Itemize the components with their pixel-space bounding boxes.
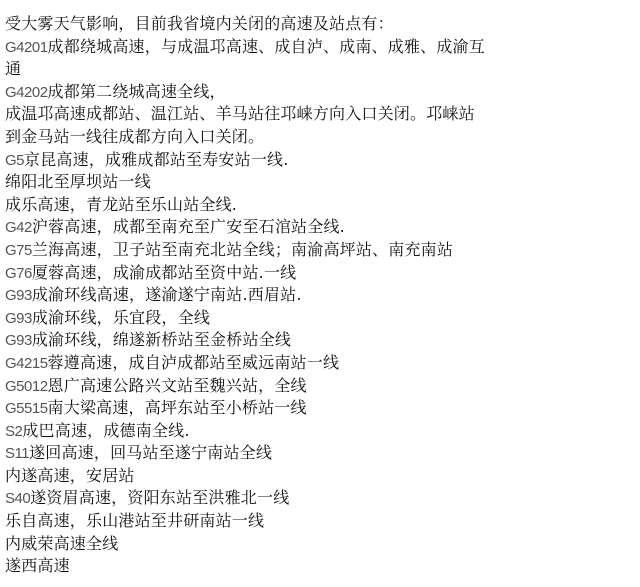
road-code: G4202 (5, 84, 48, 101)
notice-line: G4201成都绕城高速，与成温邛高速、成自泸、成南、成雅、成渝互 (5, 36, 485, 59)
notice-line: S11遂回高速，回马站至遂宁南站全线 (5, 442, 485, 465)
notice-line: G93成渝环线高速，遂渝遂宁南站.西眉站. (5, 284, 485, 307)
notice-line: 内威荣高速全线 (5, 533, 485, 556)
notice-line: G93成渝环线，乐宜段，全线 (5, 307, 485, 330)
line-text: 蓉遵高速，成自泸成都站至威远南站一线 (48, 353, 340, 372)
line-text: 内遂高速，安居站 (5, 466, 135, 485)
notice-line: 受大雾天气影响，目前我省境内关闭的高速及站点有： (5, 13, 485, 36)
line-text: 成温邛高速成都站、温江站、羊马站往邛崃方向入口关闭。邛崃站 (5, 104, 475, 123)
notice-line: 绵阳北至厚坝站一线 (5, 171, 485, 194)
line-text: 内威荣高速全线 (5, 534, 118, 553)
notice-line: 遂西高速 (5, 555, 485, 578)
notice-line: 通 (5, 58, 485, 81)
line-text: 成渝环线，绵遂新桥站至金桥站全线 (32, 330, 291, 349)
closure-notice: 受大雾天气影响，目前我省境内关闭的高速及站点有： G4201成都绕城高速，与成温… (5, 13, 485, 578)
notice-line: G42沪蓉高速，成都至南充至广安至石涫站全线. (5, 216, 485, 239)
notice-line: 成乐高速，青龙站至乐山站全线. (5, 194, 485, 217)
line-text: 成巴高速，成德南全线. (22, 421, 189, 440)
road-code: G5515 (5, 400, 48, 417)
notice-line: G4215蓉遵高速，成自泸成都站至威远南站一线 (5, 352, 485, 375)
line-text: 沪蓉高速，成都至南充至广安至石涫站全线. (32, 217, 345, 236)
line-text: 绵阳北至厚坝站一线 (5, 172, 151, 191)
road-code: S2 (5, 423, 22, 440)
road-code: G4215 (5, 355, 48, 372)
line-text: 成渝环线高速，遂渝遂宁南站.西眉站. (32, 285, 302, 304)
notice-line: G93成渝环线，绵遂新桥站至金桥站全线 (5, 329, 485, 352)
line-text: 兰海高速，卫子站至南充北站全线；南渝高坪站、南充南站 (32, 240, 453, 259)
notice-line: G5515南大梁高速，高坪东站至小桥站一线 (5, 397, 485, 420)
road-code: G4201 (5, 39, 48, 56)
line-text: 成乐高速，青龙站至乐山站全线. (5, 195, 237, 214)
line-text: 通 (5, 59, 21, 78)
line-text: 南大梁高速，高坪东站至小桥站一线 (48, 398, 307, 417)
notice-line: G4202成都第二绕城高速全线， (5, 81, 485, 104)
road-code: G75 (5, 242, 32, 259)
notice-line: 内遂高速，安居站 (5, 465, 485, 488)
road-code: G93 (5, 310, 32, 327)
line-text: 乐自高速，乐山港站至井研南站一线 (5, 511, 264, 530)
line-text: 成渝环线，乐宜段，全线 (32, 308, 210, 327)
notice-line: G5京昆高速，成雅成都站至寿安站一线. (5, 149, 485, 172)
notice-line: G76厦蓉高速，成渝成都站至资中站.一线 (5, 262, 485, 285)
line-text: 成都第二绕城高速全线， (48, 82, 226, 101)
road-code: G76 (5, 265, 32, 282)
road-code: G93 (5, 332, 32, 349)
line-text: 成都绕城高速，与成温邛高速、成自泸、成南、成雅、成渝互 (48, 37, 485, 56)
road-code: G5 (5, 152, 24, 169)
notice-line: S40遂资眉高速，资阳东站至洪雅北一线 (5, 487, 485, 510)
notice-line: 乐自高速，乐山港站至井研南站一线 (5, 510, 485, 533)
notice-line: 到金马站一线往成都方向入口关闭。 (5, 126, 485, 149)
line-text: 厦蓉高速，成渝成都站至资中站.一线 (32, 263, 297, 282)
road-code: G5012 (5, 378, 48, 395)
road-code: S40 (5, 490, 30, 507)
road-code: G93 (5, 287, 32, 304)
road-code: S11 (5, 445, 29, 462)
line-text: 受大雾天气影响，目前我省境内关闭的高速及站点有： (5, 14, 394, 33)
notice-line: 成温邛高速成都站、温江站、羊马站往邛崃方向入口关闭。邛崃站 (5, 103, 485, 126)
line-text: 到金马站一线往成都方向入口关闭。 (5, 127, 264, 146)
line-text: 遂回高速，回马站至遂宁南站全线 (29, 443, 272, 462)
line-text: 恩广高速公路兴文站至魏兴站，全线 (48, 376, 307, 395)
line-text: 京昆高速，成雅成都站至寿安站一线. (24, 150, 289, 169)
line-text: 遂西高速 (5, 556, 70, 575)
road-code: G42 (5, 219, 32, 236)
line-text: 遂资眉高速，资阳东站至洪雅北一线 (30, 488, 289, 507)
notice-line: G5012恩广高速公路兴文站至魏兴站，全线 (5, 375, 485, 398)
notice-line: G75兰海高速，卫子站至南充北站全线；南渝高坪站、南充南站 (5, 239, 485, 262)
notice-line: S2成巴高速，成德南全线. (5, 420, 485, 443)
